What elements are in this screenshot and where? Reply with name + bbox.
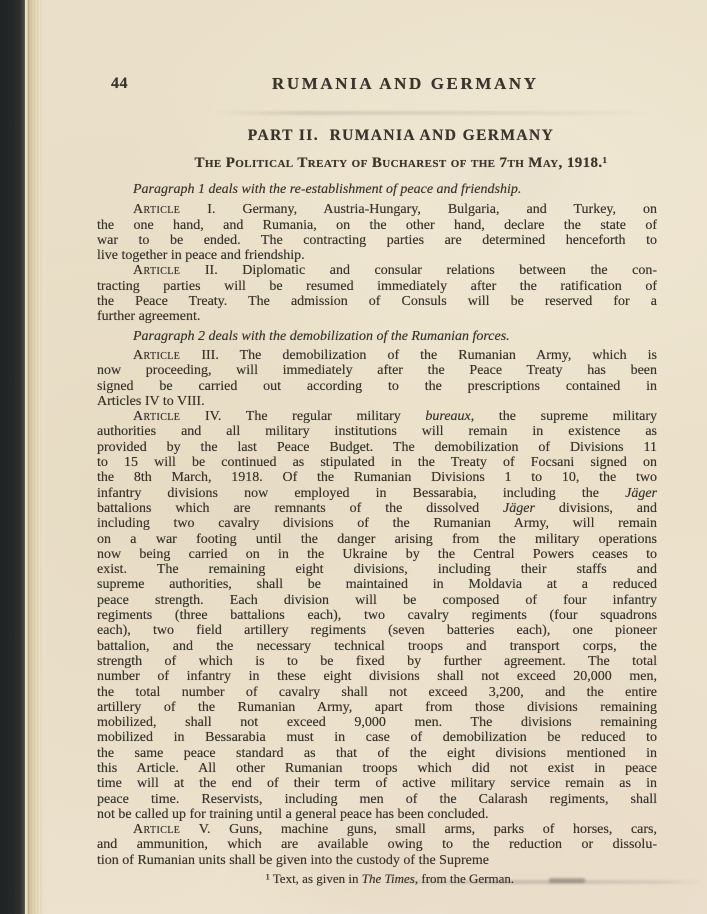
text-line: tion of Rumanian units shall be given in…	[97, 853, 657, 868]
text-line: signed be carried out according to the p…	[97, 379, 657, 394]
page-edge-stripes	[25, 0, 47, 914]
text-line: time will at the end of their term of ac…	[97, 776, 657, 791]
text-line: and ammunition, which are available owin…	[97, 837, 657, 852]
paragraph: Article IV. The regular military bureaux…	[97, 409, 657, 822]
text-line: the same peace standard as that of the e…	[97, 746, 657, 761]
text-line: war to be ended. The contracting parties…	[97, 233, 657, 248]
footnote: ¹ Text, as given in The Times, from the …	[97, 871, 657, 887]
text-line: further agreement.	[97, 309, 657, 324]
text-line: exist. The remaining eight divisions, in…	[97, 562, 657, 577]
text-line: the Peace Treaty. The admission of Consu…	[97, 294, 657, 309]
text-line: this Article. All other Rumanian troops …	[97, 761, 657, 776]
text-line: to 15 will be continued as stipulated in…	[97, 455, 657, 470]
text-line: each), two field artillery regiments (se…	[97, 623, 657, 638]
text-line: provided by the last Peace Budget. The d…	[97, 440, 657, 455]
text-line: now being carried on in the Ukraine by t…	[97, 547, 657, 562]
text-line: Article V. Guns, machine guns, small arm…	[97, 822, 657, 837]
text-line: the 8th March, 1918. Of the Rumanian Div…	[97, 470, 657, 485]
text-line: Articles IV to VIII.	[97, 394, 657, 409]
paragraph: Article V. Guns, machine guns, small arm…	[97, 822, 657, 868]
text-line: on a war footing until the danger arisin…	[97, 532, 657, 547]
text-line: artillery of the Rumanian Army, apart fr…	[97, 700, 657, 715]
text-line: the one hand, and Rumania, on the other …	[97, 218, 657, 233]
paragraph: Paragraph 2 deals with the demobilizatio…	[97, 329, 657, 344]
text-line: infantry divisions now employed in Bessa…	[97, 486, 657, 501]
paragraph: Article II. Diplomatic and consular rela…	[97, 263, 657, 324]
body-paragraphs: Paragraph 1 deals with the re-establishm…	[97, 182, 657, 868]
part-heading: PART II. RUMANIA AND GERMANY	[97, 127, 681, 145]
paragraph: Paragraph 1 deals with the re-establishm…	[97, 182, 657, 197]
text-line: Article III. The demobilization of the R…	[97, 348, 657, 363]
paragraph: Article III. The demobilization of the R…	[97, 348, 657, 409]
text-line: the total number of cavalry shall not ex…	[97, 685, 657, 700]
text-line: peace time. Reservists, including men of…	[97, 792, 657, 807]
text-line: supreme authorities, shall be maintained…	[97, 577, 657, 592]
text-line: live together in peace and friendship.	[97, 248, 657, 263]
text-line: mobilized in Bessarabia must in case of …	[97, 730, 657, 745]
text-line: including two cavalry divisions of the R…	[97, 516, 657, 531]
text-line: Paragraph 2 deals with the demobilizatio…	[97, 329, 657, 344]
text-line: tracting parties will be resumed immedia…	[97, 279, 657, 294]
text-line: strength of which is to be fixed by furt…	[97, 654, 657, 669]
text-line: Paragraph 1 deals with the re-establishm…	[97, 182, 657, 197]
treaty-heading: The Political Treaty of Bucharest of the…	[97, 155, 681, 172]
scan-artifact-streak-top	[215, 111, 650, 115]
text-line: Article II. Diplomatic and consular rela…	[97, 263, 657, 278]
paragraph: Article I. Germany, Austria-Hungary, Bul…	[97, 202, 657, 263]
scanned-book-page: 44 RUMANIA AND GERMANY PART II. RUMANIA …	[0, 0, 707, 914]
text-line: battalion, and the necessary technical t…	[97, 639, 657, 654]
running-head: RUMANIA AND GERMANY	[272, 74, 539, 94]
text-line: Article I. Germany, Austria-Hungary, Bul…	[97, 202, 657, 217]
page-number: 44	[111, 75, 128, 93]
text-line: peace strength. Each division will be co…	[97, 593, 657, 608]
text-line: not be called up for training until a ge…	[97, 807, 657, 822]
text-line: mobilized, shall not exceed 9,000 men. T…	[97, 715, 657, 730]
book-spine-band	[0, 0, 25, 914]
text-line: now proceeding, will immediately after t…	[97, 363, 657, 378]
text-line: Article IV. The regular military bureaux…	[97, 409, 657, 424]
text-line: regiments (three battalions each), two c…	[97, 608, 657, 623]
text-line: authorities and all military institution…	[97, 424, 657, 439]
text-line: number of infantry in these eight divisi…	[97, 669, 657, 684]
text-line: battalions which are remnants of the dis…	[97, 501, 657, 516]
